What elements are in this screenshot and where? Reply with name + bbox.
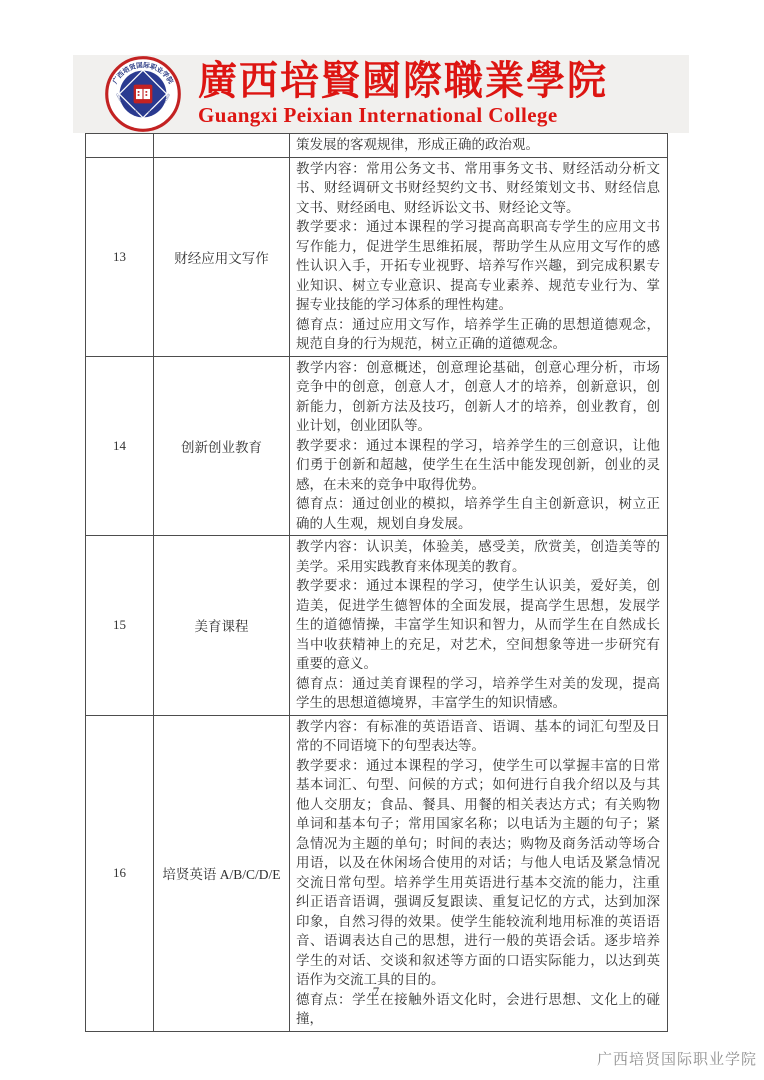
footer-watermark: 广西培贤国际职业学院	[597, 1048, 757, 1069]
row-number-cell: 14	[86, 356, 154, 536]
content-paragraph: 教学要求：通过本课程的学习提高高职高专学生的应用文书写作能力，促进学生思维拓展，…	[296, 217, 660, 315]
course-name-cell: 创新创业教育	[154, 356, 290, 536]
course-name-cell: 美育课程	[154, 536, 290, 716]
course-name-cell: 财经应用文写作	[154, 157, 290, 356]
content-paragraph: 策发展的客观规律，形成正确的政治观。	[296, 135, 660, 155]
course-name-cell	[154, 134, 290, 158]
document-page: 广西培贤国际职业学院 GUANGXI PEIXIAN INTERNATIONAL…	[0, 0, 764, 1080]
college-title-english: Guangxi Peixian International College	[198, 103, 689, 127]
course-content-cell: 教学内容：常用公务文书、常用事务文书、财经活动分析文书、财经调研文书财经契约文书…	[290, 157, 668, 356]
course-content-cell: 策发展的客观规律，形成正确的政治观。	[290, 134, 668, 158]
page-number: 7	[85, 984, 667, 1000]
table-row: 15美育课程教学内容：认识美，体验美，感受美，欣赏美，创造美等的美学。采用实践教…	[86, 536, 668, 716]
college-header: 广西培贤国际职业学院 GUANGXI PEIXIAN INTERNATIONAL…	[73, 55, 689, 133]
table-row: 14创新创业教育教学内容：创意概述，创意理论基础，创意心理分析，市场竞争中的创意…	[86, 356, 668, 536]
college-seal-icon: 广西培贤国际职业学院 GUANGXI PEIXIAN INTERNATIONAL…	[104, 55, 182, 133]
college-title-chinese: 廣西培賢國際職業學院	[198, 61, 689, 104]
courses-table: 策发展的客观规律，形成正确的政治观。13财经应用文写作教学内容：常用公务文书、常…	[85, 133, 668, 1032]
row-number-cell: 13	[86, 157, 154, 356]
content-paragraph: 教学内容：认识美，体验美，感受美，欣赏美，创造美等的美学。采用实践教育来体现美的…	[296, 537, 660, 576]
table-row: 策发展的客观规律，形成正确的政治观。	[86, 134, 668, 158]
content-paragraph: 德育点：通过美育课程的学习，培养学生对美的发现，提高学生的思想道德境界，丰富学生…	[296, 674, 660, 713]
content-paragraph: 教学要求：通过本课程的学习，使学生可以掌握丰富的日常基本词汇、句型、问候的方式；…	[296, 756, 660, 990]
content-paragraph: 德育点：通过创业的模拟，培养学生自主创新意识，树立正确的人生观，规划自身发展。	[296, 494, 660, 533]
content-paragraph: 教学要求：通过本课程的学习，培养学生的三创意识，让他们勇于创新和超越，使学生在生…	[296, 436, 660, 495]
content-paragraph: 教学内容：创意概述，创意理论基础，创意心理分析，市场竞争中的创意，创意人才，创意…	[296, 358, 660, 436]
content-paragraph: 教学内容：有标准的英语语音、语调、基本的词汇句型及日常的不同语境下的句型表达等。	[296, 717, 660, 756]
course-content-cell: 教学内容：创意概述，创意理论基础，创意心理分析，市场竞争中的创意，创意人才，创意…	[290, 356, 668, 536]
row-number-cell	[86, 134, 154, 158]
content-paragraph: 教学要求：通过本课程的学习，使学生认识美，爱好美，创造美，促进学生德智体的全面发…	[296, 576, 660, 674]
row-number-cell: 15	[86, 536, 154, 716]
college-titles: 廣西培賢國際職業學院 Guangxi Peixian International…	[182, 61, 689, 127]
content-paragraph: 德育点：通过应用文写作，培养学生正确的思想道德观念，规范自身的行为规范，树立正确…	[296, 315, 660, 354]
college-logo: 广西培贤国际职业学院 GUANGXI PEIXIAN INTERNATIONAL…	[104, 55, 182, 133]
content-paragraph: 教学内容：常用公务文书、常用事务文书、财经活动分析文书、财经调研文书财经契约文书…	[296, 159, 660, 218]
course-content-cell: 教学内容：认识美，体验美，感受美，欣赏美，创造美等的美学。采用实践教育来体现美的…	[290, 536, 668, 716]
table-row: 13财经应用文写作教学内容：常用公务文书、常用事务文书、财经活动分析文书、财经调…	[86, 157, 668, 356]
